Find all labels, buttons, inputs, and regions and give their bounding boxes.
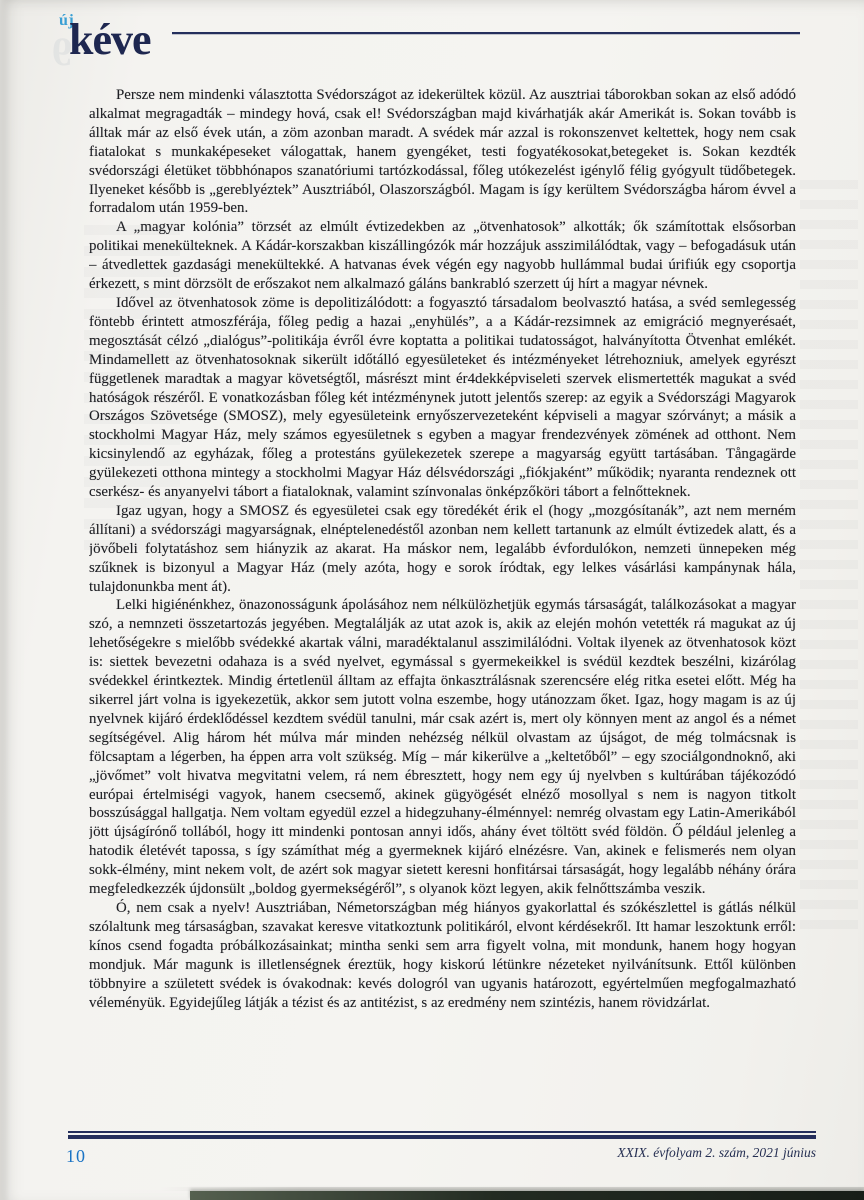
- page-number: 10: [66, 1146, 86, 1167]
- logo-name: kéve: [69, 14, 151, 65]
- issue-info: XXIX. évfolyam 2. szám, 2021 június: [617, 1145, 816, 1161]
- paragraph-1: Persze nem mindenki választotta Svédorsz…: [89, 86, 796, 218]
- paragraph-2: A „magyar kolónia” törzsét az elmúlt évt…: [89, 218, 796, 294]
- footer-rule: [68, 1131, 816, 1139]
- bleedthrough-artifact-right: [800, 180, 858, 940]
- paragraph-4: Igaz ugyan, hogy a SMOSZ és egyesületei …: [89, 502, 796, 597]
- scan-left-edge-shadow: [0, 0, 10, 1200]
- paragraph-5: Lelki higiénénkhez, önazonosságunk ápolá…: [89, 596, 796, 899]
- paragraph-6: Ó, nem csak a nyelv! Ausztriában, Németo…: [89, 899, 796, 1012]
- paragraph-3: Idővel az ötvenhatosok zöme is depolitiz…: [89, 294, 796, 502]
- article-body: Persze nem mindenki választotta Svédorsz…: [89, 86, 796, 1128]
- masthead-rule: [172, 32, 800, 34]
- scanned-magazine-page: 9 új kéve Persze nem mindenki választott…: [0, 0, 864, 1200]
- scanner-edge-band: [190, 1191, 864, 1200]
